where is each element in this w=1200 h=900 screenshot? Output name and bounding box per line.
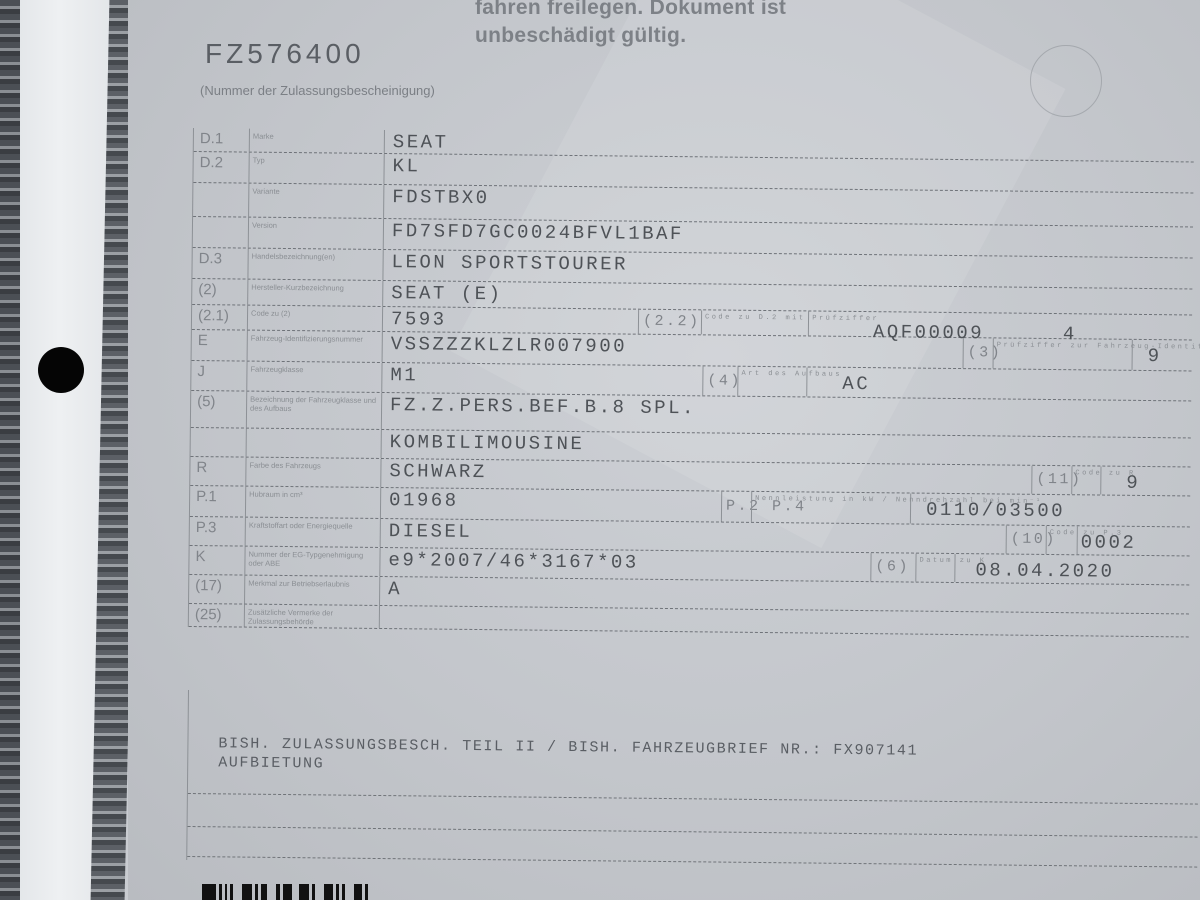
punch-hole bbox=[38, 347, 84, 393]
field-code: (5) bbox=[191, 391, 247, 428]
extra-field-value: 0002 bbox=[1081, 530, 1137, 555]
field-code: (2) bbox=[192, 279, 248, 305]
extra-field-value: 9 bbox=[1126, 471, 1140, 495]
field-label bbox=[247, 429, 382, 458]
field-label: Variante bbox=[249, 184, 384, 218]
field-code: P.3 bbox=[190, 517, 246, 546]
field-code: (2.1) bbox=[192, 305, 248, 330]
field-code: K bbox=[189, 546, 245, 575]
field-label: Zusätzliche Vermerke der Zulassungsbehör… bbox=[245, 605, 380, 628]
field-value-text: LEON SPORTSTOURER bbox=[391, 251, 628, 275]
field-code: R bbox=[190, 457, 246, 486]
remark-rule bbox=[188, 826, 1198, 838]
field-label: Farbe des Fahrzeugs bbox=[246, 458, 381, 487]
field-label: Fahrzeugklasse bbox=[247, 362, 382, 392]
header-text: fahren freilegen. Dokument ist unbeschäd… bbox=[475, 0, 786, 50]
field-label: Nummer der EG-Typgenehmigung oder ABE bbox=[245, 547, 380, 576]
field-label: Marke bbox=[250, 129, 385, 153]
field-label: Hubraum in cm³ bbox=[246, 487, 381, 518]
field-value-text: A bbox=[388, 578, 402, 600]
field-code: D.2 bbox=[193, 152, 249, 183]
registration-form-table: D.1MarkeSEATD.2TypKLVarianteFDSTBX0Versi… bbox=[188, 128, 1194, 637]
field-value-text: DIESEL bbox=[389, 520, 473, 543]
field-code: D.1 bbox=[194, 128, 250, 152]
header-line: fahren freilegen. Dokument ist bbox=[475, 0, 786, 22]
extra-field-label: Art des Aufbaus bbox=[737, 367, 807, 397]
extra-field-code: (11) bbox=[1031, 466, 1071, 494]
field-code: J bbox=[191, 361, 247, 391]
certificate-number: FZ576400 bbox=[205, 38, 365, 70]
binder-edge bbox=[0, 0, 22, 900]
field-value-text: VSSZZZKLZLR007900 bbox=[391, 333, 628, 357]
extra-field-code: P.2 P.4 bbox=[721, 492, 751, 522]
extra-field-value: 9 bbox=[1148, 344, 1162, 368]
field-value-text: SEAT (E) bbox=[391, 282, 502, 305]
extra-field-label: Code zu D.2 mit Prüfziffer bbox=[701, 310, 809, 335]
remark-rule bbox=[188, 793, 1198, 805]
extra-field-code: (4) bbox=[702, 366, 737, 395]
field-label: Fahrzeug-Identifizierungsnummer bbox=[248, 331, 383, 362]
extra-field-value: 08.04.2020 bbox=[975, 558, 1114, 583]
field-value-text: KOMBILIMOUSINE bbox=[390, 431, 585, 455]
field-code bbox=[193, 217, 249, 248]
field-code: P.1 bbox=[190, 486, 246, 517]
field-value-text: SCHWARZ bbox=[389, 460, 487, 483]
field-label: Typ bbox=[249, 153, 384, 184]
field-code: (17) bbox=[189, 575, 245, 604]
field-value-text: M1 bbox=[390, 364, 418, 386]
extra-field-label: Code zu R bbox=[1071, 466, 1101, 494]
extra-field-code: (10) bbox=[1006, 526, 1046, 554]
extra-field-value: AC bbox=[842, 372, 870, 396]
field-code: E bbox=[192, 330, 248, 361]
field-value-text: 7593 bbox=[391, 308, 447, 331]
field-code bbox=[193, 183, 249, 217]
field-code: D.3 bbox=[192, 248, 248, 279]
field-label: Code zu (2) bbox=[248, 306, 383, 331]
field-code: (25) bbox=[189, 604, 245, 627]
extra-field-label: Datum zu K bbox=[915, 554, 955, 582]
stamp-circle bbox=[1030, 45, 1102, 117]
extra-field-value: 0110/03500 bbox=[926, 498, 1065, 523]
field-value-text: FDSTBX0 bbox=[392, 186, 490, 209]
extra-field-label: Nennleistung in kW / Nenndrehzahl bei mi… bbox=[751, 492, 911, 524]
certificate-number-caption: (Nummer der Zulassungsbescheinigung) bbox=[200, 83, 435, 98]
field-value-text: FD7SFD7GC0024BFVL1BAF bbox=[392, 220, 684, 245]
field-value-text: e9*2007/46*3167*03 bbox=[388, 549, 638, 574]
field-label: Hersteller-Kurzbezeichnung bbox=[248, 280, 383, 306]
extra-field-code: (6) bbox=[870, 553, 915, 581]
field-value-text: SEAT bbox=[393, 131, 449, 154]
field-value-text: 01968 bbox=[389, 489, 459, 512]
extra-field-label: Code zu P.3 bbox=[1046, 526, 1078, 554]
field-label: Kraftstoffart oder Energiequelle bbox=[246, 518, 381, 547]
barcode bbox=[202, 884, 368, 900]
extra-field-code: (3) bbox=[963, 338, 993, 368]
field-label: Merkmal zur Betriebserlaubnis bbox=[245, 576, 380, 605]
field-value-text: FZ.Z.PERS.BEF.B.8 SPL. bbox=[390, 394, 696, 419]
remarks-section: BISH. ZULASSUNGSBESCH. TEIL II / BISH. F… bbox=[186, 690, 1199, 871]
extra-field-code: (2.2) bbox=[638, 310, 701, 335]
field-value-text: KL bbox=[392, 155, 420, 177]
extra-field-label: Prüfziffer zur Fahrzeug-Identifizierungs… bbox=[993, 338, 1133, 369]
field-label: Bezeichnung der Fahrzeugklasse und des A… bbox=[247, 392, 382, 429]
header-line: unbeschädigt gültig. bbox=[475, 22, 786, 50]
field-label: Version bbox=[249, 218, 384, 249]
field-label: Handelsbezeichnung(en) bbox=[248, 249, 383, 280]
field-code bbox=[191, 428, 247, 457]
